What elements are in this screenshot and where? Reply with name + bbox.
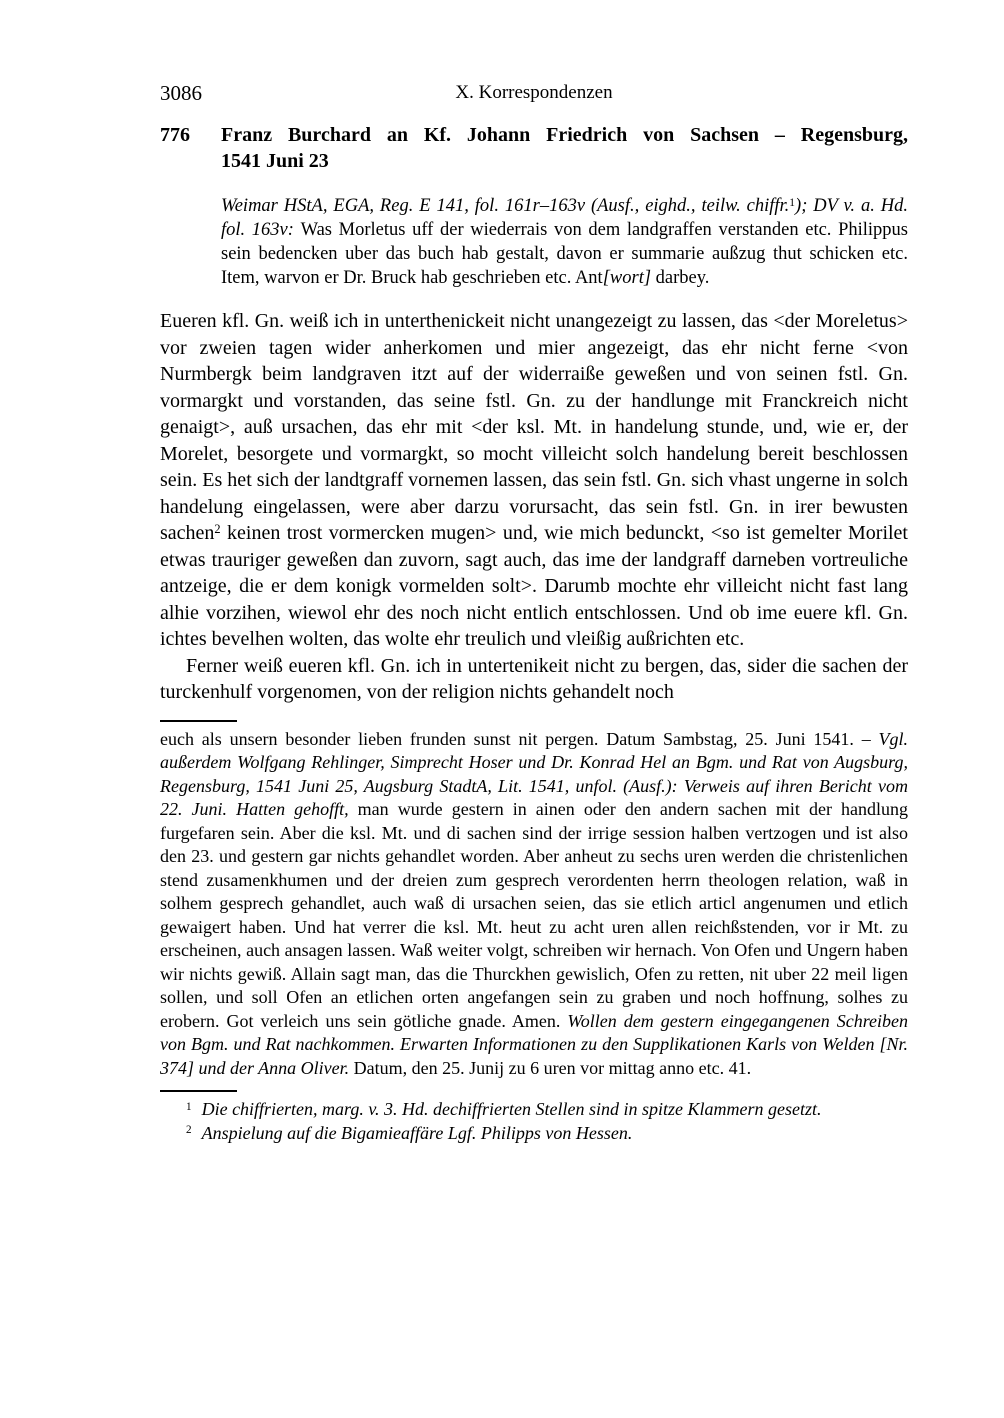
running-head: X. Korrespondenzen bbox=[160, 80, 908, 106]
letter-body: Eueren kfl. Gn. weiß ich in unterthenick… bbox=[160, 308, 908, 706]
footnote-1-text: Die chiffrierten, marg. v. 3. Hd. dechif… bbox=[202, 1099, 822, 1119]
footnote-2-text: Anspielung auf die Bigamieaffäre Lgf. Ph… bbox=[202, 1123, 633, 1143]
entry-heading: 776 Franz Burchard an Kf. Johann Friedri… bbox=[160, 122, 908, 174]
body-paragraph-1: Eueren kfl. Gn. weiß ich in unterthenick… bbox=[160, 308, 908, 653]
page-number: 3086 bbox=[160, 80, 202, 106]
entry-number: 776 bbox=[160, 122, 190, 148]
footnote-1-number: 1 bbox=[186, 1101, 192, 1113]
entry-title-line1: Franz Burchard an Kf. Johann Friedrich v… bbox=[221, 122, 908, 148]
page-header: 3086 X. Korrespondenzen bbox=[160, 80, 908, 106]
body-paragraph-2: Ferner weiß eueren kfl. Gn. ich in unter… bbox=[160, 653, 908, 706]
footnote-2-number: 2 bbox=[186, 1124, 192, 1136]
footnote-1: 1Die chiffrierten, marg. v. 3. Hd. dechi… bbox=[160, 1098, 908, 1122]
footnote-separator-rule bbox=[160, 720, 237, 722]
entry-title-line2: 1541 Juni 23 bbox=[221, 148, 908, 174]
footnote-2: 2Anspielung auf die Bigamieaffäre Lgf. P… bbox=[160, 1122, 908, 1146]
source-note: Weimar HStA, EGA, Reg. E 141, fol. 161r–… bbox=[221, 194, 908, 290]
footnotes: 1Die chiffrierten, marg. v. 3. Hd. dechi… bbox=[160, 1098, 908, 1145]
entry-title: Franz Burchard an Kf. Johann Friedrich v… bbox=[221, 122, 908, 174]
footnote-continuation: euch als unsern besonder lieben frunden … bbox=[160, 728, 908, 1081]
book-page: 3086 X. Korrespondenzen 776 Franz Burcha… bbox=[0, 0, 1004, 1418]
footnote-separator-rule-2 bbox=[160, 1090, 237, 1092]
